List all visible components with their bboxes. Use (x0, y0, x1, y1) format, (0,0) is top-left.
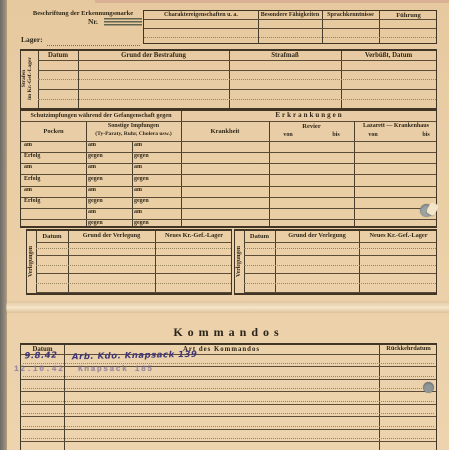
grid-line (64, 345, 65, 450)
grid-line (38, 99, 436, 100)
grid-line (36, 292, 231, 293)
grid-line (21, 163, 436, 164)
kommando-entry-2-text: Knapsack 185 (78, 366, 154, 374)
hospital-to-label: bis (409, 132, 443, 139)
kommandos-col-return-date: Rückkehrdatum (379, 346, 438, 353)
punishments-side-label-line2: im Kr.-Gef.-Lager (28, 50, 34, 107)
vacc-cell: gegen (134, 153, 149, 159)
transfers-col-new-camp: Neues Kr.-Gef.-Lager (155, 233, 233, 240)
punishments-col-date: Datum (38, 52, 78, 59)
grid-line (21, 141, 436, 142)
grid-line (36, 273, 231, 274)
vacc-cell: gegen (134, 176, 149, 182)
grid-line (21, 174, 436, 175)
kommando-entry-2-date: 12.10.42 (14, 366, 64, 374)
grid-line (36, 283, 231, 284)
transfers-col-new-camp: Neues Kr.-Gef.-Lager (359, 233, 438, 240)
kommandos-title: Kommandos (20, 325, 437, 340)
grid-line (38, 79, 436, 80)
hole-punch-lower (423, 382, 434, 393)
vacc-cell: am (24, 142, 32, 148)
assessment-table: Charaktereigenschaften u. a. Besondere F… (143, 10, 437, 44)
punishments-col-served: Verbüßt, Datum (341, 52, 436, 59)
vacc-cell: am (24, 164, 32, 170)
nr-value-stripes (104, 18, 142, 27)
grid-line (144, 19, 436, 20)
grid-line (21, 441, 436, 442)
vacc-cell: Erfolg (24, 153, 40, 159)
grid-line (244, 283, 436, 284)
grid-line (244, 242, 436, 243)
grid-line (244, 273, 436, 274)
lager-entry-line (47, 37, 140, 46)
ruling-line (23, 376, 434, 377)
grid-line (21, 121, 436, 122)
ruling-line (23, 438, 434, 439)
vacc-cell: am (134, 209, 142, 215)
ruling-line (23, 363, 434, 364)
grid-line (21, 186, 436, 187)
paper-left-edge-line (6, 0, 7, 450)
grid-line (244, 248, 436, 249)
grid-line (21, 429, 436, 430)
grid-line (244, 265, 436, 266)
punishments-side-label: Strafen im Kr.-Gef.-Lager (22, 50, 37, 107)
transfers-table-left: Datum Grund der Verlegung Neues Kr.-Gef.… (26, 229, 232, 295)
transfers-table-right: Datum Grund der Verlegung Neues Kr.-Gef.… (234, 229, 437, 295)
grid-line (36, 265, 231, 266)
grid-line (36, 248, 231, 249)
grid-line (36, 242, 231, 243)
col-illness: Krankheit (181, 128, 269, 135)
paper-fold-crease (6, 301, 449, 313)
grid-line (379, 345, 380, 450)
col-conduct: Führung (379, 12, 438, 19)
vacc-cell: gegen (88, 220, 103, 226)
grid-line (244, 292, 436, 293)
grid-line (244, 255, 436, 256)
col-other-vaccinations-sub: (Ty-Paraty, Ruhr, Cholera usw.) (86, 131, 181, 137)
vacc-cell: gegen (88, 198, 103, 204)
grid-line (21, 152, 436, 153)
grid-line (38, 70, 436, 71)
grid-line (36, 255, 231, 256)
transfers-col-date: Datum (244, 233, 275, 240)
grid-line (144, 37, 436, 38)
vacc-cell: am (134, 164, 142, 170)
col-special-skills: Besondere Fähigkeiten (258, 12, 322, 19)
col-languages: Sprachkenntnisse (322, 12, 379, 19)
grid-line (21, 391, 436, 392)
grid-line (21, 197, 436, 198)
vacc-cell: am (88, 142, 96, 148)
ruling-line (23, 401, 434, 402)
grid-line (21, 379, 436, 380)
grid-line (21, 404, 436, 405)
transfers-col-reason: Grund der Verlegung (275, 233, 359, 240)
punishments-col-sentence: Strafmaß (229, 52, 341, 59)
vacc-cell: gegen (88, 176, 103, 182)
vacc-cell: am (134, 142, 142, 148)
vacc-cell: gegen (134, 220, 149, 226)
vaccinations-title: Schutzimpfungen während der Gefangenscha… (23, 113, 179, 120)
transfers-col-reason: Grund der Verlegung (68, 233, 155, 240)
vacc-cell: Erfolg (24, 198, 40, 204)
grid-line (38, 60, 436, 61)
grid-line (132, 141, 133, 226)
ruling-line (23, 426, 434, 427)
transfers-side-label-right: Verlegungen (236, 230, 245, 293)
vacc-cell: gegen (134, 198, 149, 204)
hospital-from-label: von (358, 132, 388, 139)
vaccinations-illnesses-table: Schutzimpfungen während der Gefangenscha… (20, 109, 437, 228)
vacc-cell: am (134, 187, 142, 193)
vacc-cell: Erfolg (24, 176, 40, 182)
grid-line (21, 208, 436, 209)
grid-line (21, 219, 436, 220)
vacc-cell: am (88, 164, 96, 170)
punishments-table: Datum Grund der Bestrafung Strafmaß Verb… (20, 49, 437, 109)
id-tag-label: Beschriftung der Erkennungsmarke (26, 10, 140, 17)
grid-line (144, 28, 436, 29)
col-other-vaccinations: Sonstige Impfungen (86, 123, 181, 130)
col-infirmary: Revier (269, 123, 354, 130)
scanned-document: Beschriftung der Erkennungsmarke Nr. Lag… (0, 0, 449, 450)
vacc-cell: gegen (88, 153, 103, 159)
lager-label: Lager: (21, 36, 43, 44)
ruling-line (23, 413, 434, 414)
ruling-line (23, 388, 434, 389)
kommando-entry-1-date: 9.8.42 (22, 352, 60, 361)
col-character-traits: Charaktereigenschaften u. a. (144, 12, 258, 19)
infirmary-from-label: von (273, 132, 303, 139)
scan-edge-tint (95, 0, 449, 3)
illnesses-title: Erkrankungen (181, 112, 438, 120)
transfers-col-date: Datum (36, 233, 68, 240)
grid-line (21, 416, 436, 417)
punishments-col-reason: Grund der Bestrafung (78, 52, 229, 59)
col-smallpox: Pocken (21, 128, 86, 135)
transfers-side-label-left: Verlegungen (28, 230, 37, 293)
nr-label: Nr. (88, 18, 98, 26)
vacc-cell: am (88, 187, 96, 193)
col-hospital: Lazarett — Krankenhaus (354, 123, 438, 130)
vacc-cell: am (88, 209, 96, 215)
grid-line (38, 89, 436, 90)
vacc-cell: am (24, 187, 32, 193)
infirmary-to-label: bis (321, 132, 351, 139)
